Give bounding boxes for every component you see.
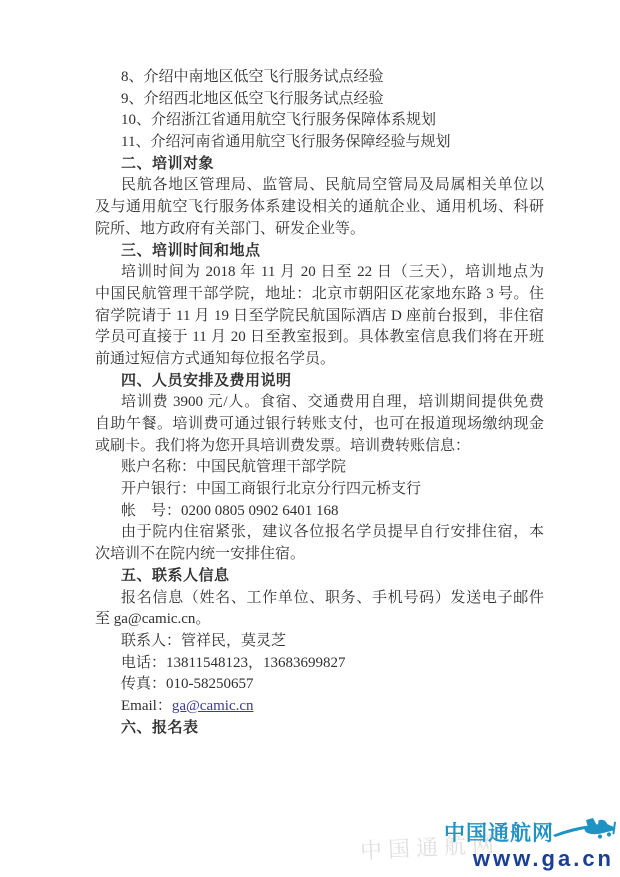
paragraph-line: 民航各地区管理局、监管局、民航局空管局及局属相关单位以: [95, 175, 544, 197]
paragraph-line: 中国民航管理干部学院，地址：北京市朝阳区花家地东路 3 号。住: [95, 284, 544, 306]
site-name: 中国通航网: [444, 817, 554, 847]
paragraph-line: 培训时间为 2018 年 11 月 20 日至 22 日（三天），培训地点为: [95, 262, 544, 284]
field-account-name: 账户名称：中国民航管理干部学院: [95, 457, 544, 479]
section-heading-signup-form: 六、报名表: [95, 718, 544, 740]
paragraph-line: 次培训不在院内统一安排住宿。: [95, 544, 544, 566]
section-heading-training-target: 二、培训对象: [95, 154, 544, 176]
brand-row: 中国通航网: [388, 817, 618, 847]
field-contact-person: 联系人：管祥民，莫灵芝: [95, 631, 544, 653]
paragraph-line: 宿学院请于 11 月 19 日至学院民航国际酒店 D 座前台报到，非住宿: [95, 306, 544, 328]
paragraph-line: 或刷卡。我们将为您开具培训费发票。培训费转账信息：: [95, 436, 544, 458]
paragraph-line: 报名信息（姓名、工作单位、职务、手机号码）发送电子邮件: [95, 588, 544, 610]
paragraph-line: 前通过短信方式通知每位报名学员。: [95, 349, 544, 371]
agenda-item: 11、介绍河南省通用航空飞行服务保障经验与规划: [95, 132, 544, 154]
paragraph-line: 由于院内住宿紧张，建议各位报名学员提早自行安排住宿，本: [95, 522, 544, 544]
agenda-item: 9、介绍西北地区低空飞行服务试点经验: [95, 89, 544, 111]
document-body: 8、介绍中南地区低空飞行服务试点经验 9、介绍西北地区低空飞行服务试点经验 10…: [95, 67, 544, 739]
paragraph-line: 学员可直接于 11 月 20 日至教室报到。具体教室信息我们将在开班: [95, 327, 544, 349]
paragraph-line: 院所、地方政府有关部门、研发企业等。: [95, 219, 544, 241]
site-logo: 中国通航网 中国通航网 www.ga.cn: [388, 817, 618, 875]
field-account-number: 帐 号：0200 0805 0902 6401 168: [95, 501, 544, 523]
paragraph-line: 至 ga@camic.cn。: [95, 609, 544, 631]
agenda-item: 10、介绍浙江省通用航空飞行服务保障体系规划: [95, 110, 544, 132]
field-bank: 开户银行：中国工商银行北京分行四元桥支行: [95, 479, 544, 501]
document-page: { "doc": { "lines": [ "8、介绍中南地区低空飞行服务试点经…: [0, 0, 620, 877]
site-url[interactable]: www.ga.cn: [388, 847, 618, 871]
field-email: Email：ga@camic.cn: [95, 696, 544, 718]
email-link[interactable]: ga@camic.cn: [172, 698, 254, 714]
paragraph-line: 自助午餐。培训费可通过银行转账支付，也可在报道现场缴纳现金: [95, 414, 544, 436]
email-label: Email：: [121, 698, 172, 714]
paragraph-line: 及与通用航空飞行服务体系建设相关的通航企业、通用机场、科研: [95, 197, 544, 219]
paragraph-line: 培训费 3900 元/人。食宿、交通费用自理，培训期间提供免费: [95, 392, 544, 414]
section-heading-time-location: 三、培训时间和地点: [95, 241, 544, 263]
section-heading-fees: 四、人员安排及费用说明: [95, 371, 544, 393]
field-fax: 传真：010-58250657: [95, 674, 544, 696]
airplane-icon: [552, 812, 618, 851]
section-heading-contacts: 五、联系人信息: [95, 566, 544, 588]
field-phone: 电话：13811548123，13683699827: [95, 653, 544, 675]
agenda-item: 8、介绍中南地区低空飞行服务试点经验: [95, 67, 544, 89]
